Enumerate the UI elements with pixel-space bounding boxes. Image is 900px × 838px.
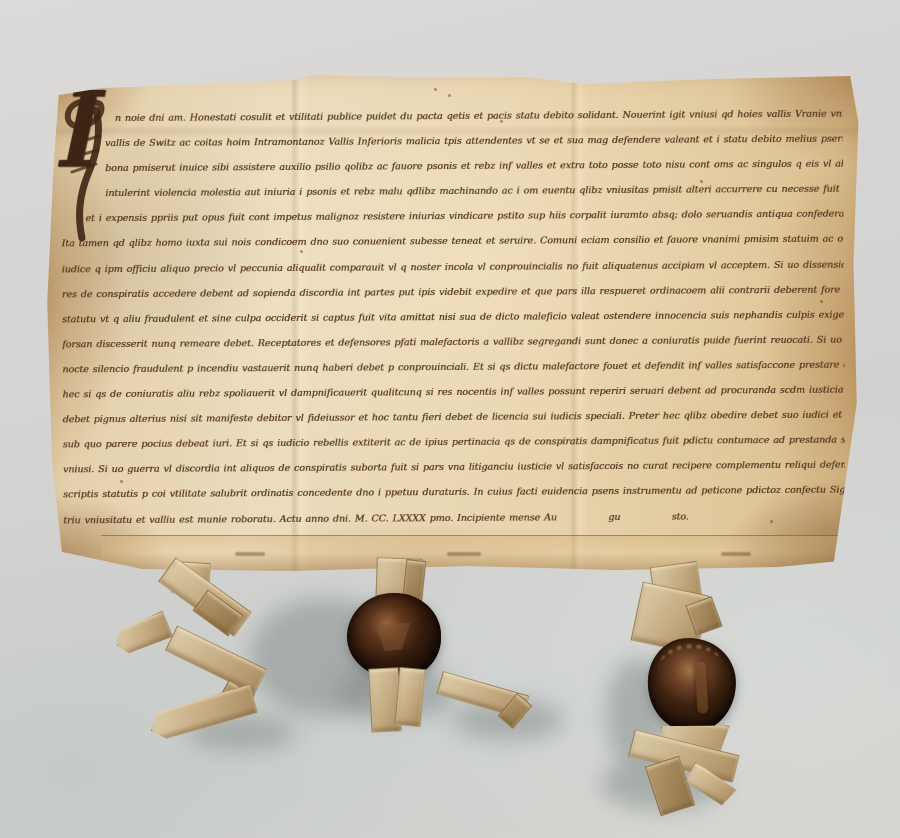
ink-speck: [300, 250, 303, 253]
ink-speck: [770, 520, 773, 523]
seal-tag-slit: [721, 552, 751, 556]
text-line: triu vniusitatu et valliu est munie robo…: [63, 503, 845, 533]
seal-tag-slit: [447, 552, 481, 556]
seal-tag-slit: [235, 552, 265, 556]
middle-wax-seal: [347, 593, 441, 679]
ink-speck: [120, 480, 123, 483]
photo-of-parchment-charter: I n noie dni am. Honestati cosulit et vt…: [0, 0, 900, 838]
ink-speck: [700, 180, 703, 183]
ink-speck: [448, 94, 451, 97]
parchment-document: I n noie dni am. Honestati cosulit et vt…: [44, 72, 860, 574]
ink-speck: [820, 300, 823, 303]
plica-fold: [101, 535, 848, 572]
middle-tag-strip: [395, 667, 426, 727]
ink-speck: [500, 120, 503, 123]
manuscript-text-block: n noie dni am. Honestati cosulit et vtil…: [61, 102, 846, 533]
ink-speck: [434, 88, 437, 91]
